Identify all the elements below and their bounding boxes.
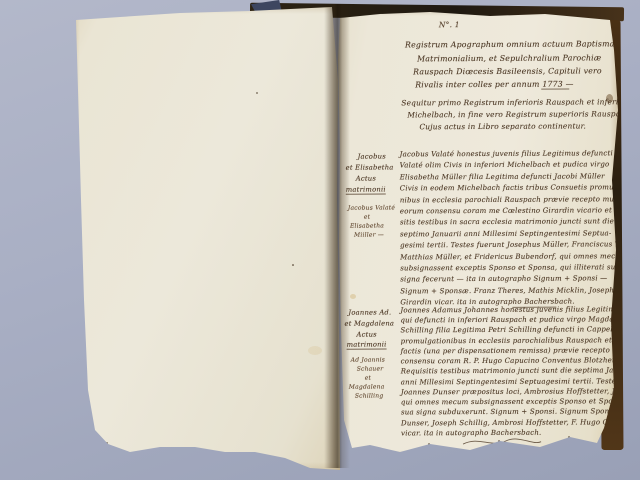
margin-note: et Elisabetha bbox=[346, 163, 394, 171]
manuscript-right-page: N°. 1 Registrum Apographum omnium actuum… bbox=[336, 6, 622, 462]
margin-name: Schauer bbox=[357, 366, 384, 373]
body-line: Matthias Müller, et Fridericus Bubendorf… bbox=[400, 252, 622, 261]
body-line: Joannes Adamus Johannes honestus juvenis… bbox=[400, 305, 622, 315]
register-title-line: Registrum Apographum omnium actuum Bapti… bbox=[405, 39, 622, 49]
body-line: Joannes Dunser præpositus loci, Ambrosiu… bbox=[401, 387, 622, 396]
margin-name: Miiller — bbox=[354, 231, 384, 238]
body-line: Requisitis testibus matrimonio juncti su… bbox=[401, 366, 622, 375]
body-line: Jacobus Valaté honestus juvenis filius L… bbox=[400, 149, 622, 158]
body-line: consensu coram R. P. Hugo Capucino Conve… bbox=[401, 356, 622, 365]
margin-name: et bbox=[364, 214, 370, 221]
body-line: anni Millesimi Septingentesimi Septuages… bbox=[401, 377, 622, 386]
body-line: nibus in ecclesia parochiali Rauspach pr… bbox=[400, 195, 622, 204]
body-line: Schilling filia Legitima Petri Schilling… bbox=[400, 325, 622, 334]
margin-name: Jacobus Valaté bbox=[348, 204, 395, 211]
margin-name: et bbox=[365, 375, 371, 382]
foxing-speck bbox=[106, 442, 108, 444]
body-line: Valaté olim Civis in inferiori Michelbac… bbox=[400, 160, 610, 169]
body-line: eorum consensu coram me Cœlestino Girard… bbox=[400, 206, 622, 215]
foxing-speck bbox=[256, 92, 258, 94]
body-line: Dunser, Joseph Schillig, Ambrosi Hoffste… bbox=[401, 418, 622, 427]
margin-note: Actus bbox=[357, 331, 377, 339]
handwritten-text-layer: N°. 1 Registrum Apographum omnium actuum… bbox=[336, 6, 622, 462]
margin-name: Elisabetha bbox=[350, 222, 384, 229]
gutter-shadow bbox=[324, 4, 350, 468]
body-line: factis (una per dispensationem remissa) … bbox=[401, 346, 622, 355]
body-line: qui defuncti in inferiori Rauspach et pu… bbox=[400, 315, 622, 324]
margin-note: Actus bbox=[356, 175, 376, 183]
photo-background: N°. 1 Registrum Apographum omnium actuum… bbox=[0, 0, 640, 480]
body-line: Civis in eodem Michelbach factis tribus … bbox=[400, 183, 622, 192]
margin-note: et Magdalena bbox=[344, 319, 394, 327]
foxing-speck bbox=[292, 264, 294, 266]
register-subtitle-line: Michelbach, in fine vero Registrum super… bbox=[407, 109, 622, 119]
signature-flourish bbox=[461, 436, 543, 448]
body-line: promulgationibus in ecclesiis parochiali… bbox=[401, 336, 622, 345]
body-line: signa fecerunt — ita in autographo Signu… bbox=[400, 274, 607, 283]
body-line: sitis testibus in sacra ecclesia matrimo… bbox=[400, 217, 614, 226]
register-title-line: Rauspach Diœcesis Basileensis, Capituli … bbox=[413, 66, 602, 76]
body-line: gesimi tertii. Testes fuerunt Josephus M… bbox=[400, 240, 622, 249]
register-subtitle-line: Sequitur primo Registrum inferioris Raus… bbox=[401, 97, 622, 107]
margin-note: Joannes Ad. bbox=[348, 308, 391, 316]
body-line: qui omnes mecum subsignassent exceptis S… bbox=[401, 397, 622, 406]
register-title-line: Matrimonialium, et Sepulchralium Parochi… bbox=[417, 53, 601, 63]
manuscript-left-page bbox=[70, 6, 342, 476]
body-line: Signum + Sponsæ. Franz Theres, Mathis Mi… bbox=[400, 286, 622, 295]
body-line: sua signa subduxerunt. Signum + Sponsi. … bbox=[401, 407, 622, 416]
paper-stain bbox=[308, 346, 322, 355]
page-number: N°. 1 bbox=[439, 20, 460, 29]
margin-note: matrimonii bbox=[346, 185, 386, 194]
margin-name: Schilling bbox=[355, 393, 384, 400]
page-edge-shading bbox=[70, 6, 342, 476]
body-line: septimo Januarii anni Millesimi Septinge… bbox=[400, 229, 612, 238]
margin-name: Magdalena bbox=[349, 383, 385, 390]
year-underline bbox=[541, 89, 569, 90]
body-line: subsignassent exceptis Sponso et Sponsa,… bbox=[400, 263, 620, 272]
margin-note: matrimonii bbox=[347, 340, 387, 349]
register-subtitle-line: Cujus actus in Libro separato continentu… bbox=[419, 121, 586, 131]
margin-note: Jacobus bbox=[358, 152, 386, 160]
margin-name: Ad Joannis bbox=[351, 356, 385, 363]
body-line: Elisabetha Müller filia Legitima defunct… bbox=[400, 172, 605, 181]
